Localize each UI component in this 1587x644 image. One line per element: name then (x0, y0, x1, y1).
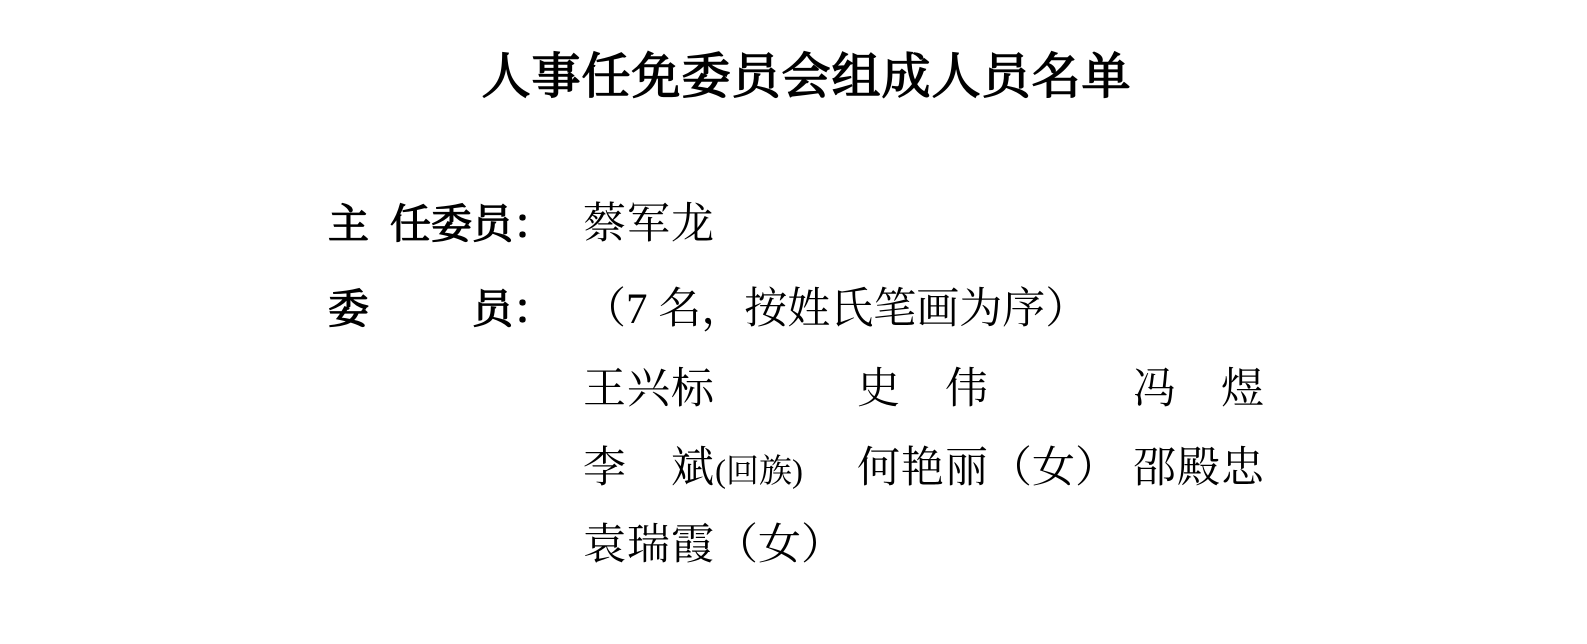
member-name: 李 斌(回族) (583, 446, 803, 492)
member-name: 邵殿忠 (1133, 446, 1265, 492)
gender-annotation: （女） (989, 445, 1118, 492)
members-label-line: 委 员： （7 名，按姓氏笔画为序） (328, 287, 1088, 333)
document-title: 人事任免委员会组成人员名单 (0, 50, 1587, 104)
member-name: 袁瑞霞（女） (583, 523, 844, 569)
chairman-role-label: 主 任委员： (328, 202, 554, 247)
member-row-1: 王兴标 史 伟 冯 煜 (583, 367, 1483, 417)
member-name-text: 何艳丽 (857, 445, 989, 492)
member-name-text: 冯 煜 (1133, 366, 1265, 413)
gender-annotation: （女） (715, 522, 844, 569)
member-row-2: 李 斌(回族) 何艳丽（女） 邵殿忠 (583, 446, 1483, 496)
members-role-label: 委 员： (328, 287, 554, 332)
members-label-rest: 员： (472, 287, 554, 332)
member-name-text: 邵殿忠 (1133, 445, 1265, 492)
member-name: 史 伟 (857, 367, 989, 413)
chairman-label-first: 主 (328, 202, 369, 247)
document-page: 人事任免委员会组成人员名单 主 任委员： 蔡军龙 委 员： （7 名，按姓氏笔画… (0, 0, 1587, 644)
member-name: 王兴标 (583, 367, 715, 413)
member-name-text: 袁瑞霞 (583, 522, 715, 569)
members-count-note: （7 名，按姓氏笔画为序） (583, 287, 1088, 333)
chairman-name: 蔡军龙 (583, 202, 715, 248)
member-row-3: 袁瑞霞（女） (583, 523, 1483, 573)
member-name-text: 李 斌 (583, 445, 715, 492)
chairman-label-rest: 任委员： (390, 202, 554, 247)
members-label-first: 委 (328, 287, 369, 332)
member-name: 冯 煜 (1133, 367, 1265, 413)
chairman-line: 主 任委员： 蔡军龙 (328, 202, 715, 248)
member-name: 何艳丽（女） (857, 446, 1118, 492)
member-name-text: 王兴标 (583, 366, 715, 413)
ethnic-annotation: (回族) (715, 454, 803, 490)
member-name-text: 史 伟 (857, 366, 989, 413)
